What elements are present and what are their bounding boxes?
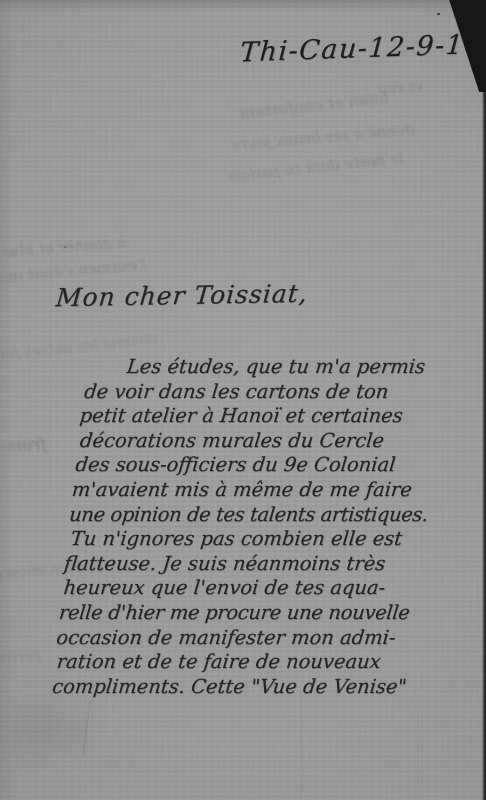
letter-line: compliments. Cette "Vue de Venise" — [51, 675, 455, 700]
letter-line: m'avaient mis à même de me faire — [71, 478, 476, 503]
letter-line: flatteuse. Je suis néanmoins très — [63, 552, 468, 577]
paper-crease — [417, 700, 418, 800]
bleedthrough-fragment: écrire — [0, 646, 42, 667]
letter-line: décorations murales du Cercle — [79, 429, 481, 454]
letter-body: Les études, que tu m'a permis de voir da… — [50, 355, 486, 699]
letter-line: Les études, que tu m'a permis — [84, 355, 486, 380]
letter-line: occasion de manifester mon admi- — [55, 626, 460, 651]
scanned-letter-page: et eau bilan et confortant donné à ses b… — [0, 0, 486, 800]
letter-line: relle d'hier me procure une nouvelle — [58, 601, 463, 626]
letter-line: ration et de te faire de nouveaux — [55, 650, 457, 675]
scan-edge-right — [482, 0, 486, 800]
letter-line: de voir dans les cartons de ton — [83, 380, 486, 405]
paper-smudge — [0, 690, 110, 770]
bleedthrough-fragment: et eau — [377, 78, 422, 97]
letter-line: une opinion de tes talents artistiques. — [68, 503, 473, 528]
letter-line: Tu n'ignores pas combien elle est — [69, 527, 470, 552]
letter-line: petit atelier à Hanoï et certaines — [78, 404, 483, 429]
letter-line: des sous-officiers du 9e Colonial — [74, 453, 478, 478]
bleedthrough-fragment: le poste dont tu parlais — [228, 149, 405, 185]
ink-speck — [64, 246, 66, 248]
ink-speck — [437, 13, 440, 15]
bleedthrough-fragment: à donner et plus — [2, 234, 127, 261]
letter-line: heureux que l'envoi de tes aqua- — [62, 576, 465, 601]
bleedthrough-fragment: donné à ses beaux jours — [232, 120, 416, 154]
paper-crease — [300, 688, 301, 800]
bleedthrough-fragment: frais- — [2, 435, 47, 457]
bleedthrough-fragment: bilan et confortant — [237, 88, 389, 123]
letter-salutation: Mon cher Toissiat, — [55, 279, 309, 312]
letter-dateline: Thi-Cau-12-9-16. — [239, 29, 486, 69]
